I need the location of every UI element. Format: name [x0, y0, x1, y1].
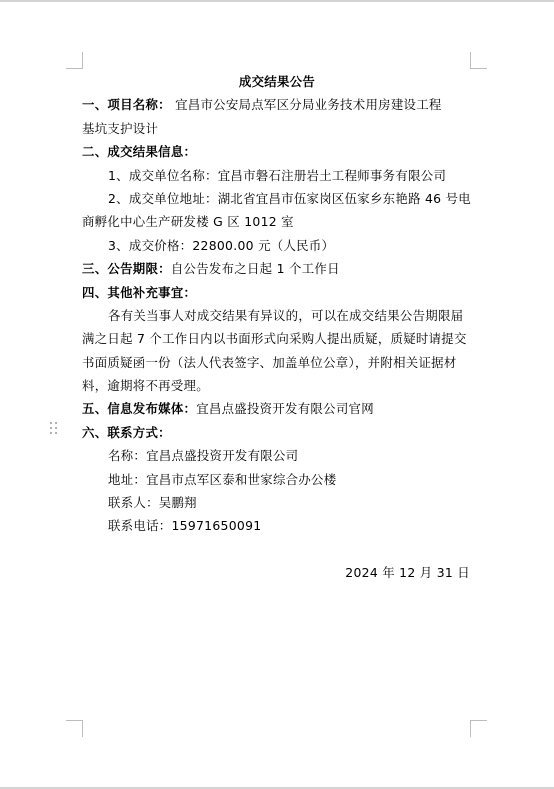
publish-media-line: 五、信息发布媒体：宜昌点盛投资开发有限公司官网 — [82, 397, 472, 420]
document-body[interactable]: 成交结果公告 一、项目名称： 宜昌市公安局点军区分局业务技术用房建设工程 基坑支… — [82, 70, 472, 585]
winner-address-continued: 商孵化中心生产研发楼 G 区 1012 室 — [82, 210, 472, 233]
section-heading: 四、其他补充事宜： — [82, 281, 472, 304]
margin-corner-mark-top-left — [66, 52, 83, 69]
margin-corner-mark-top-right — [470, 52, 487, 69]
announcement-date: 2024 年 12 月 31 日 — [82, 561, 472, 584]
winning-price: 3、成交价格：22800.00 元（人民币） — [82, 234, 472, 257]
project-name-continued: 基坑支护设计 — [82, 117, 472, 140]
contact-person: 联系人：吴鹏翔 — [82, 491, 472, 514]
section-heading: 一、项目名称： — [82, 97, 171, 112]
contact-phone: 联系电话：15971650091 — [82, 514, 472, 537]
blank-line — [82, 538, 472, 561]
contact-name: 名称：宜昌点盛投资开发有限公司 — [82, 444, 472, 467]
section-heading: 二、成交结果信息： — [82, 140, 472, 163]
section-heading: 六、联系方式： — [82, 421, 472, 444]
project-name-value: 宜昌市公安局点军区分局业务技术用房建设工程 — [171, 97, 442, 112]
winner-name: 1、成交单位名称：宜昌市磐石注册岩土工程师事务有限公司 — [82, 164, 472, 187]
project-name-line: 一、项目名称： 宜昌市公安局点军区分局业务技术用房建设工程 — [82, 93, 472, 116]
other-paragraph-line: 料，逾期将不再受理。 — [82, 374, 472, 397]
margin-corner-mark-bottom-right — [470, 720, 487, 737]
document-title: 成交结果公告 — [82, 70, 472, 93]
section-heading: 五、信息发布媒体： — [82, 401, 196, 416]
other-paragraph-line: 书面质疑函一份（法人代表签字、加盖单位公章），并附相关证据材 — [82, 351, 472, 374]
section-heading: 三、公告期限： — [82, 261, 171, 276]
other-paragraph-line: 各有关当事人对成交结果有异议的，可以在成交结果公告期限届 — [82, 304, 472, 327]
publish-media-value: 宜昌点盛投资开发有限公司官网 — [196, 401, 374, 416]
announcement-period-value: 自公告发布之日起 1 个工作日 — [171, 261, 340, 276]
other-paragraph-line: 满之日起 7 个工作日内以书面形式向采购人提出质疑，质疑时请提交 — [82, 327, 472, 350]
contact-address: 地址：宜昌市点军区泰和世家综合办公楼 — [82, 468, 472, 491]
margin-corner-mark-bottom-left — [66, 720, 83, 737]
announcement-period-line: 三、公告期限：自公告发布之日起 1 个工作日 — [82, 257, 472, 280]
winner-address: 2、成交单位地址：湖北省宜昌市伍家岗区伍家乡东艳路 46 号电 — [82, 187, 472, 210]
paragraph-drag-handle-icon[interactable] — [50, 422, 58, 434]
page-top-edge — [0, 0, 554, 2]
